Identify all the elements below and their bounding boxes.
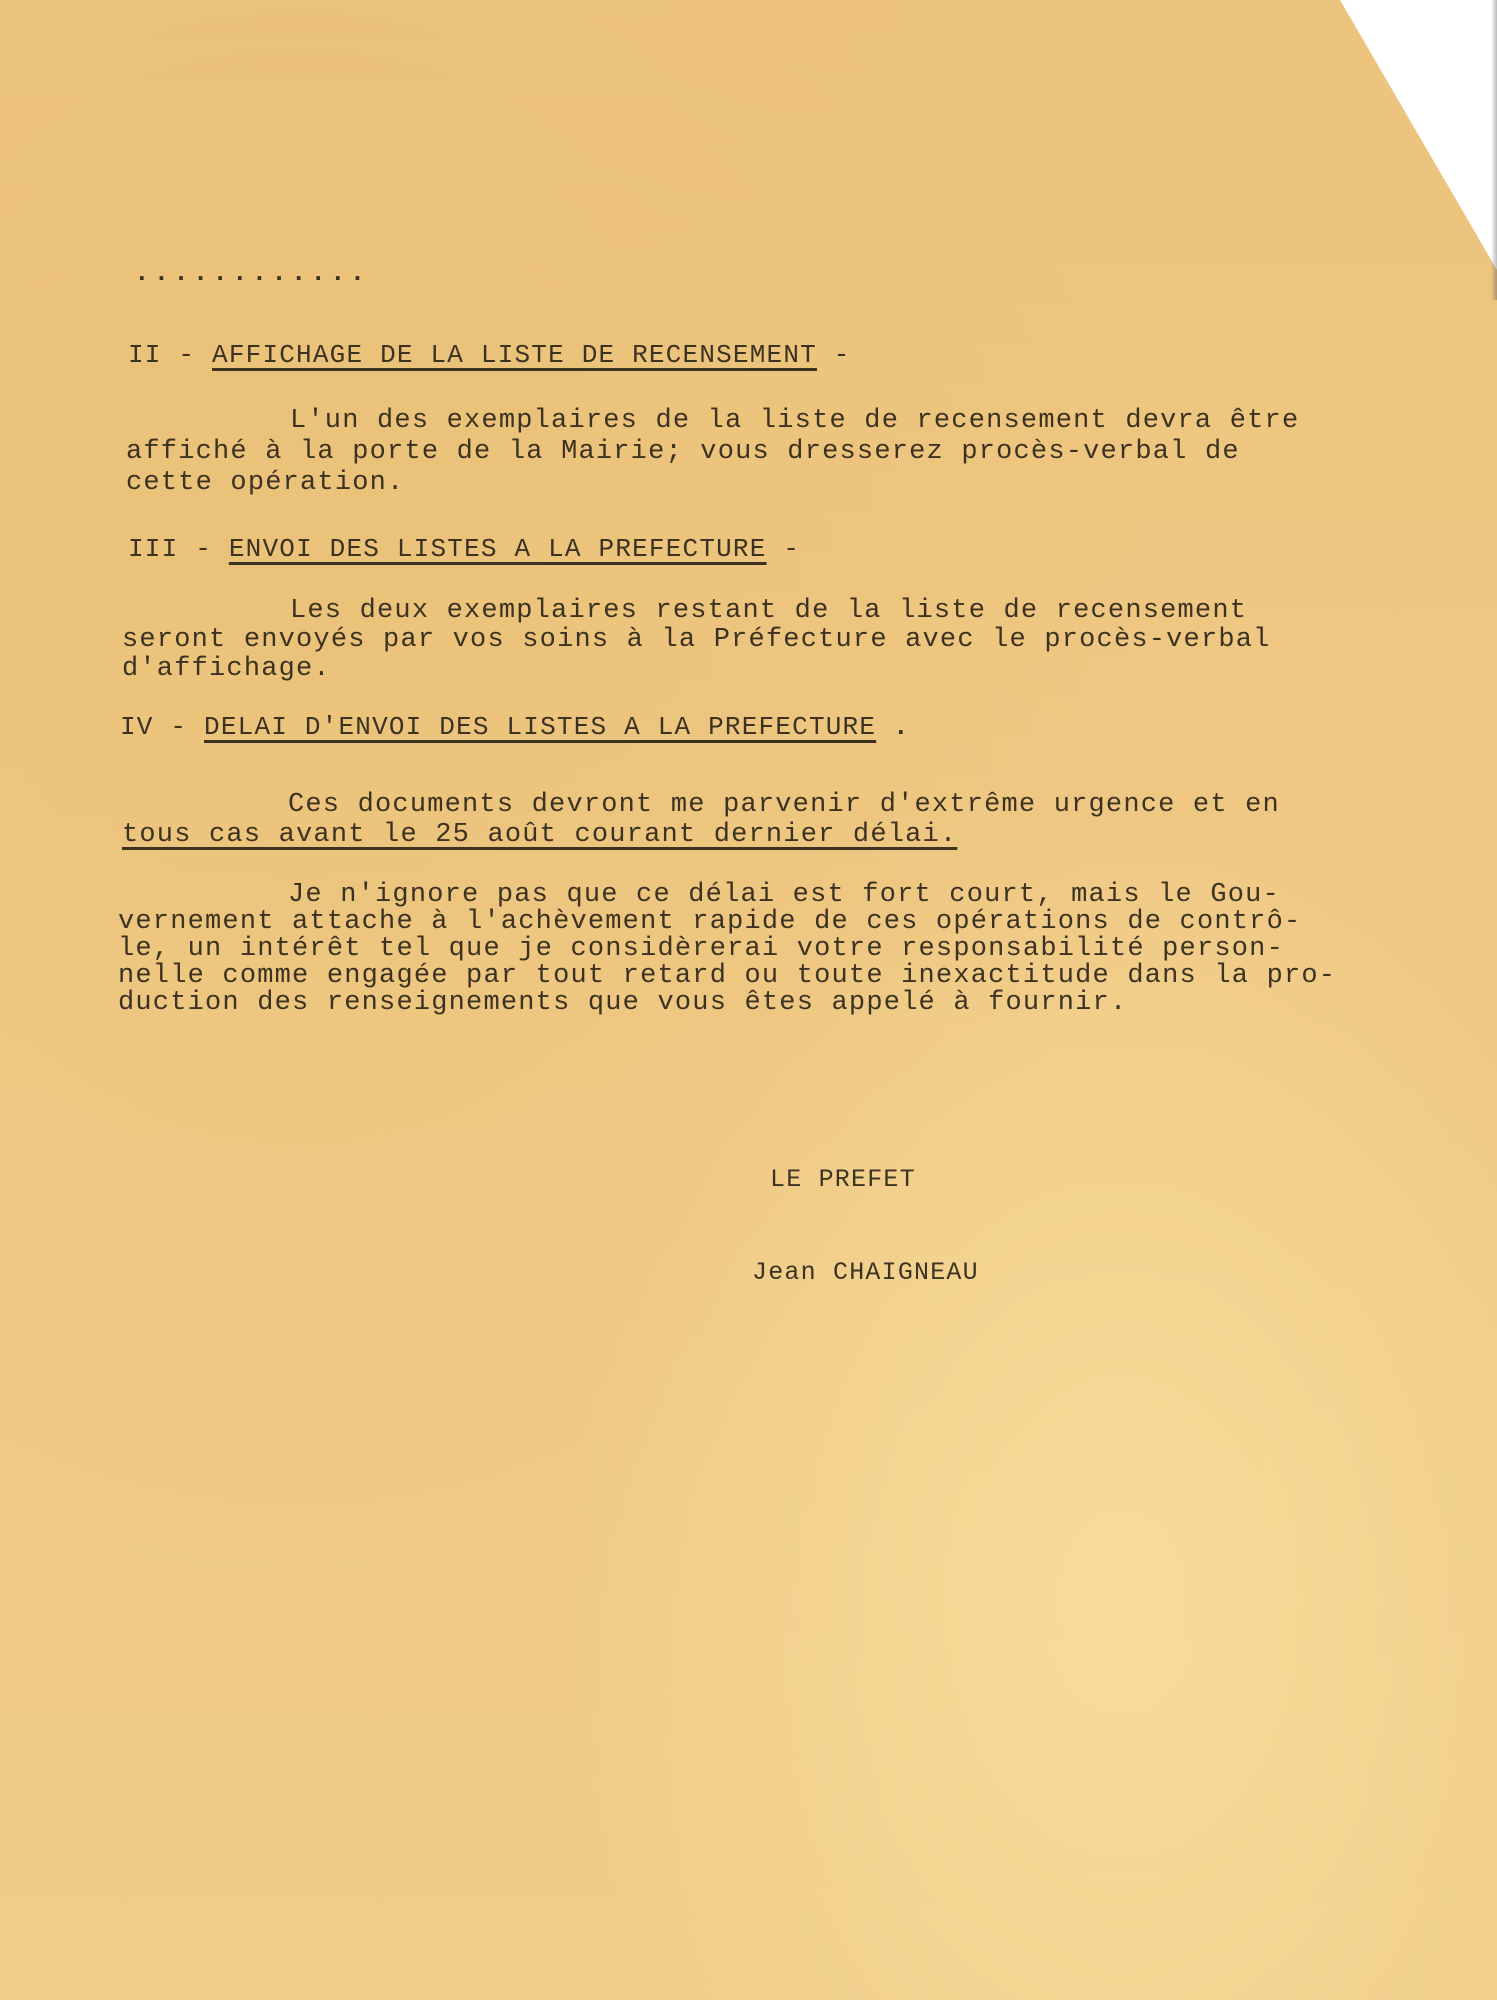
closing-line: Je n'ignore pas que ce délai est fort co… (288, 880, 1280, 910)
section-title: ENVOI DES LISTES A LA PREFECTURE (229, 534, 767, 564)
paragraph-line: Ces documents devront me parvenir d'extr… (288, 790, 1280, 820)
paragraph-line: L'un des exemplaires de la liste de rece… (290, 406, 1299, 436)
deadline-text: tous cas avant le 25 août courant dernie… (122, 820, 957, 850)
section-heading-iii: III - ENVOI DES LISTES A LA PREFECTURE - (128, 534, 800, 564)
paragraph-line: d'affichage. (122, 654, 331, 684)
section-number: III (128, 534, 178, 564)
closing-line: nelle comme engagée par tout retard ou t… (118, 961, 1336, 991)
section-trailing: - (834, 340, 851, 370)
section-dash: - (170, 712, 187, 742)
closing-line: vernement attache à l'achèvement rapide … (118, 907, 1301, 937)
scan-edge-shadow (1491, 0, 1497, 300)
section-trailing: - (783, 534, 800, 564)
section-dash: - (178, 340, 195, 370)
section-title: AFFICHAGE DE LA LISTE DE RECENSEMENT (212, 340, 817, 370)
signature-title: LE PREFET (770, 1165, 916, 1194)
paragraph-line: cette opération. (126, 468, 404, 498)
section-number: II (128, 340, 162, 370)
paragraph-line: Les deux exemplaires restant de la liste… (290, 596, 1247, 626)
closing-line: duction des renseignements que vous êtes… (118, 988, 1127, 1018)
section-trailing: . (893, 712, 910, 742)
section-number: IV (120, 712, 154, 742)
leader-dots: ............ (134, 258, 369, 288)
section-dash: - (195, 534, 212, 564)
paragraph-line-underlined: tous cas avant le 25 août courant dernie… (122, 820, 957, 850)
paragraph-line: seront envoyés par vos soins à la Préfec… (122, 625, 1271, 655)
section-heading-iv: IV - DELAI D'ENVOI DES LISTES A LA PREFE… (120, 712, 910, 742)
signature-name: Jean CHAIGNEAU (752, 1258, 979, 1287)
section-heading-ii: II - AFFICHAGE DE LA LISTE DE RECENSEMEN… (128, 340, 851, 370)
paragraph-line: affiché à la porte de la Mairie; vous dr… (126, 437, 1240, 467)
closing-line: le, un intérêt tel que je considèrerai v… (118, 934, 1284, 964)
section-title: DELAI D'ENVOI DES LISTES A LA PREFECTURE (204, 712, 876, 742)
